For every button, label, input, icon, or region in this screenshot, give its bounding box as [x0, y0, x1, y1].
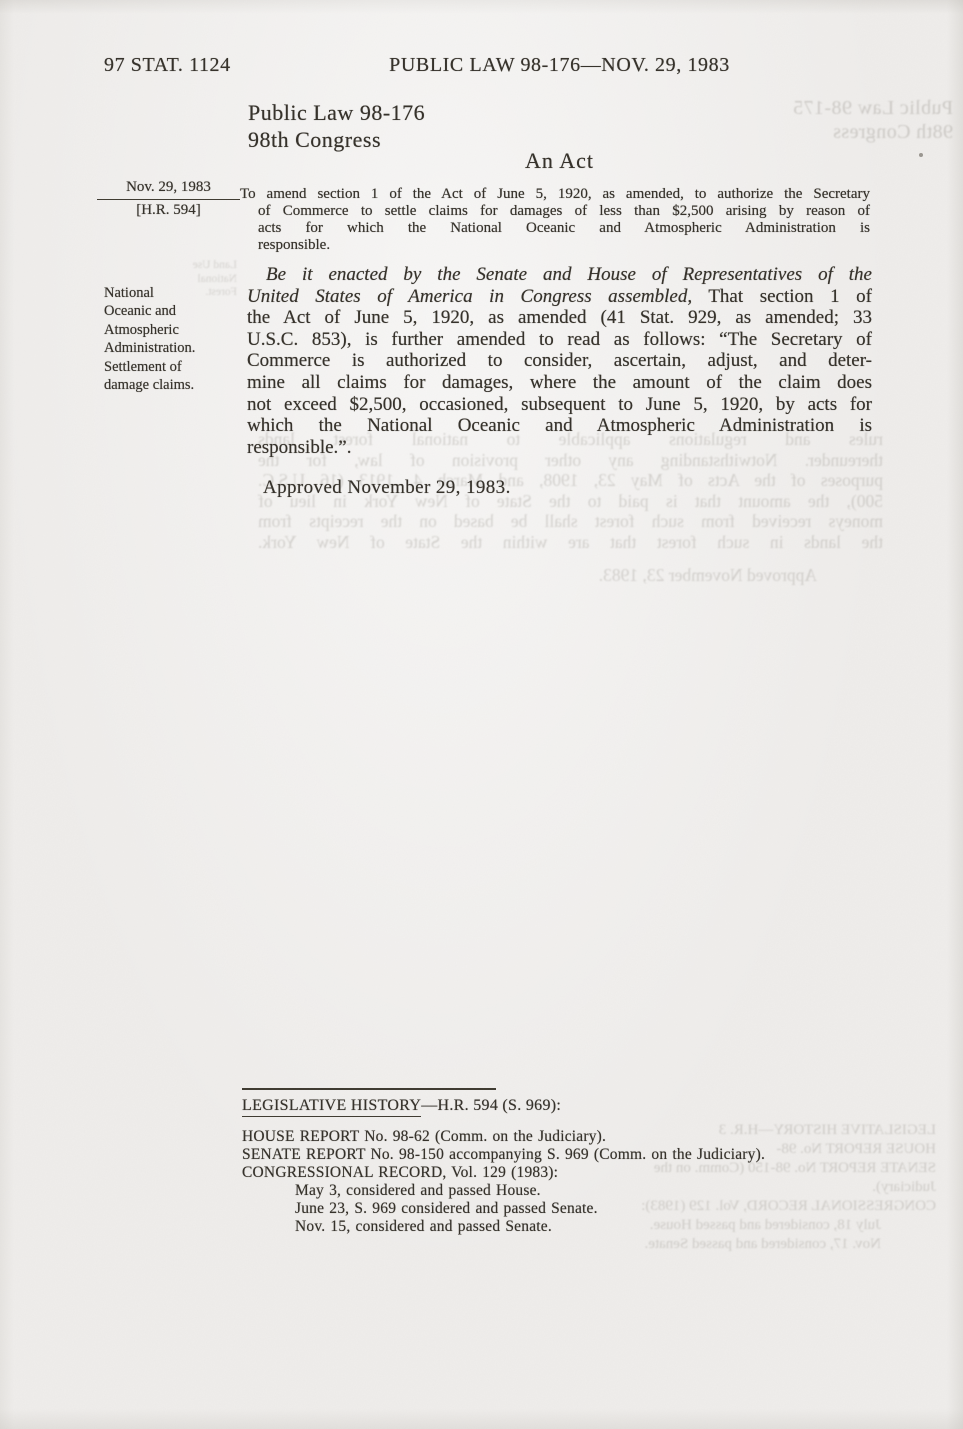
body-line: Commerce is authorized to consider, asce… — [247, 350, 872, 372]
preamble-line: To amend section 1 of the Act of June 5,… — [240, 186, 870, 203]
approval-line: Approved November 29, 1983. — [263, 477, 511, 499]
preamble-line: acts for which the National Oceanic and … — [240, 220, 870, 237]
statute-page: Public Law 98-175 98th Congress Land Use… — [0, 0, 963, 1429]
preamble: To amend section 1 of the Act of June 5,… — [240, 186, 870, 254]
history-sub-entry: Nov. 15, considered and passed Senate. — [295, 1218, 872, 1236]
body-line: United States of America in Congress ass… — [247, 286, 872, 308]
preamble-line: responsible. — [240, 237, 870, 254]
bill-number: [H.R. 594] — [97, 200, 240, 219]
margin-note-line: damage claims. — [104, 376, 244, 394]
law-number: Public Law 98-176 — [248, 99, 425, 126]
history-entry: HOUSE REPORT No. 98-62 (Comm. on the Jud… — [242, 1128, 872, 1146]
enactment-date: Nov. 29, 1983 — [97, 179, 240, 200]
ghost-line: the lands in such forest that are within… — [258, 532, 883, 553]
history-entry: SENATE REPORT No. 98-150 accompanying S.… — [242, 1146, 872, 1164]
ink-speck — [919, 153, 923, 157]
body-line: which the National Oceanic and Atmospher… — [247, 415, 872, 437]
ghost-approved-line: Approved November 23, 1983. — [258, 565, 817, 586]
body-line: mine all claims for damages, where the a… — [247, 372, 872, 394]
subject-margin-note: National Oceanic and Atmospheric Adminis… — [104, 284, 244, 394]
history-sub-entry: June 23, S. 969 considered and passed Se… — [295, 1200, 872, 1218]
ghost-bleedthrough-title: Public Law 98-175 98th Congress — [753, 96, 953, 144]
history-heading-underlined: LEGISLATIVE HISTORY — [242, 1097, 421, 1117]
body-line: Be it enacted by the Senate and House of… — [247, 264, 872, 286]
ghost-line: Land Use — [180, 259, 237, 273]
enactment-date-note: Nov. 29, 1983 [H.R. 594] — [97, 179, 240, 219]
body-line: responsible.”. — [247, 437, 872, 459]
margin-note-line: Oceanic and — [104, 302, 244, 320]
running-head: PUBLIC LAW 98-176—NOV. 29, 1983 — [247, 54, 872, 77]
act-heading: An Act — [247, 148, 872, 174]
history-heading-rest: —H.R. 594 (S. 969): — [421, 1097, 561, 1114]
history-sub-entry: May 3, considered and passed House. — [295, 1182, 872, 1200]
margin-note-line: Administration. — [104, 339, 244, 357]
enacting-clause-paragraph: Be it enacted by the Senate and House of… — [247, 264, 872, 458]
body-text: That section 1 of — [692, 286, 872, 307]
legislative-history-heading: LEGISLATIVE HISTORY—H.R. 594 (S. 969): — [242, 1097, 872, 1115]
margin-note-line: Settlement of — [104, 358, 244, 376]
preamble-line: of Commerce to settle claims for damages… — [240, 203, 870, 220]
ghost-line: Public Law 98-175 — [753, 96, 953, 120]
statutes-page-number: 97 STAT. 1124 — [104, 54, 231, 77]
ghost-line: Nov. 17, considered and passed Senate. — [601, 1235, 881, 1254]
ghost-line: moneys received from such forest shall b… — [258, 511, 883, 532]
history-entry: CONGRESSIONAL RECORD, Vol. 129 (1983): — [242, 1164, 872, 1182]
margin-note-line: Atmospheric — [104, 321, 244, 339]
body-line: U.S.C. 853), is further amended to read … — [247, 329, 872, 351]
history-rule — [242, 1088, 496, 1090]
margin-note-line: National — [104, 284, 244, 302]
body-line: not exceed $2,500, occasioned, subsequen… — [247, 394, 872, 416]
body-line: the Act of June 5, 1920, as amended (41 … — [247, 307, 872, 329]
ghost-line: 98th Congress — [753, 120, 953, 144]
law-title: Public Law 98-176 98th Congress — [248, 99, 425, 153]
enacting-clause-italic: United States of America in Congress ass… — [247, 286, 692, 307]
legislative-history: LEGISLATIVE HISTORY—H.R. 594 (S. 969): H… — [242, 1088, 872, 1236]
